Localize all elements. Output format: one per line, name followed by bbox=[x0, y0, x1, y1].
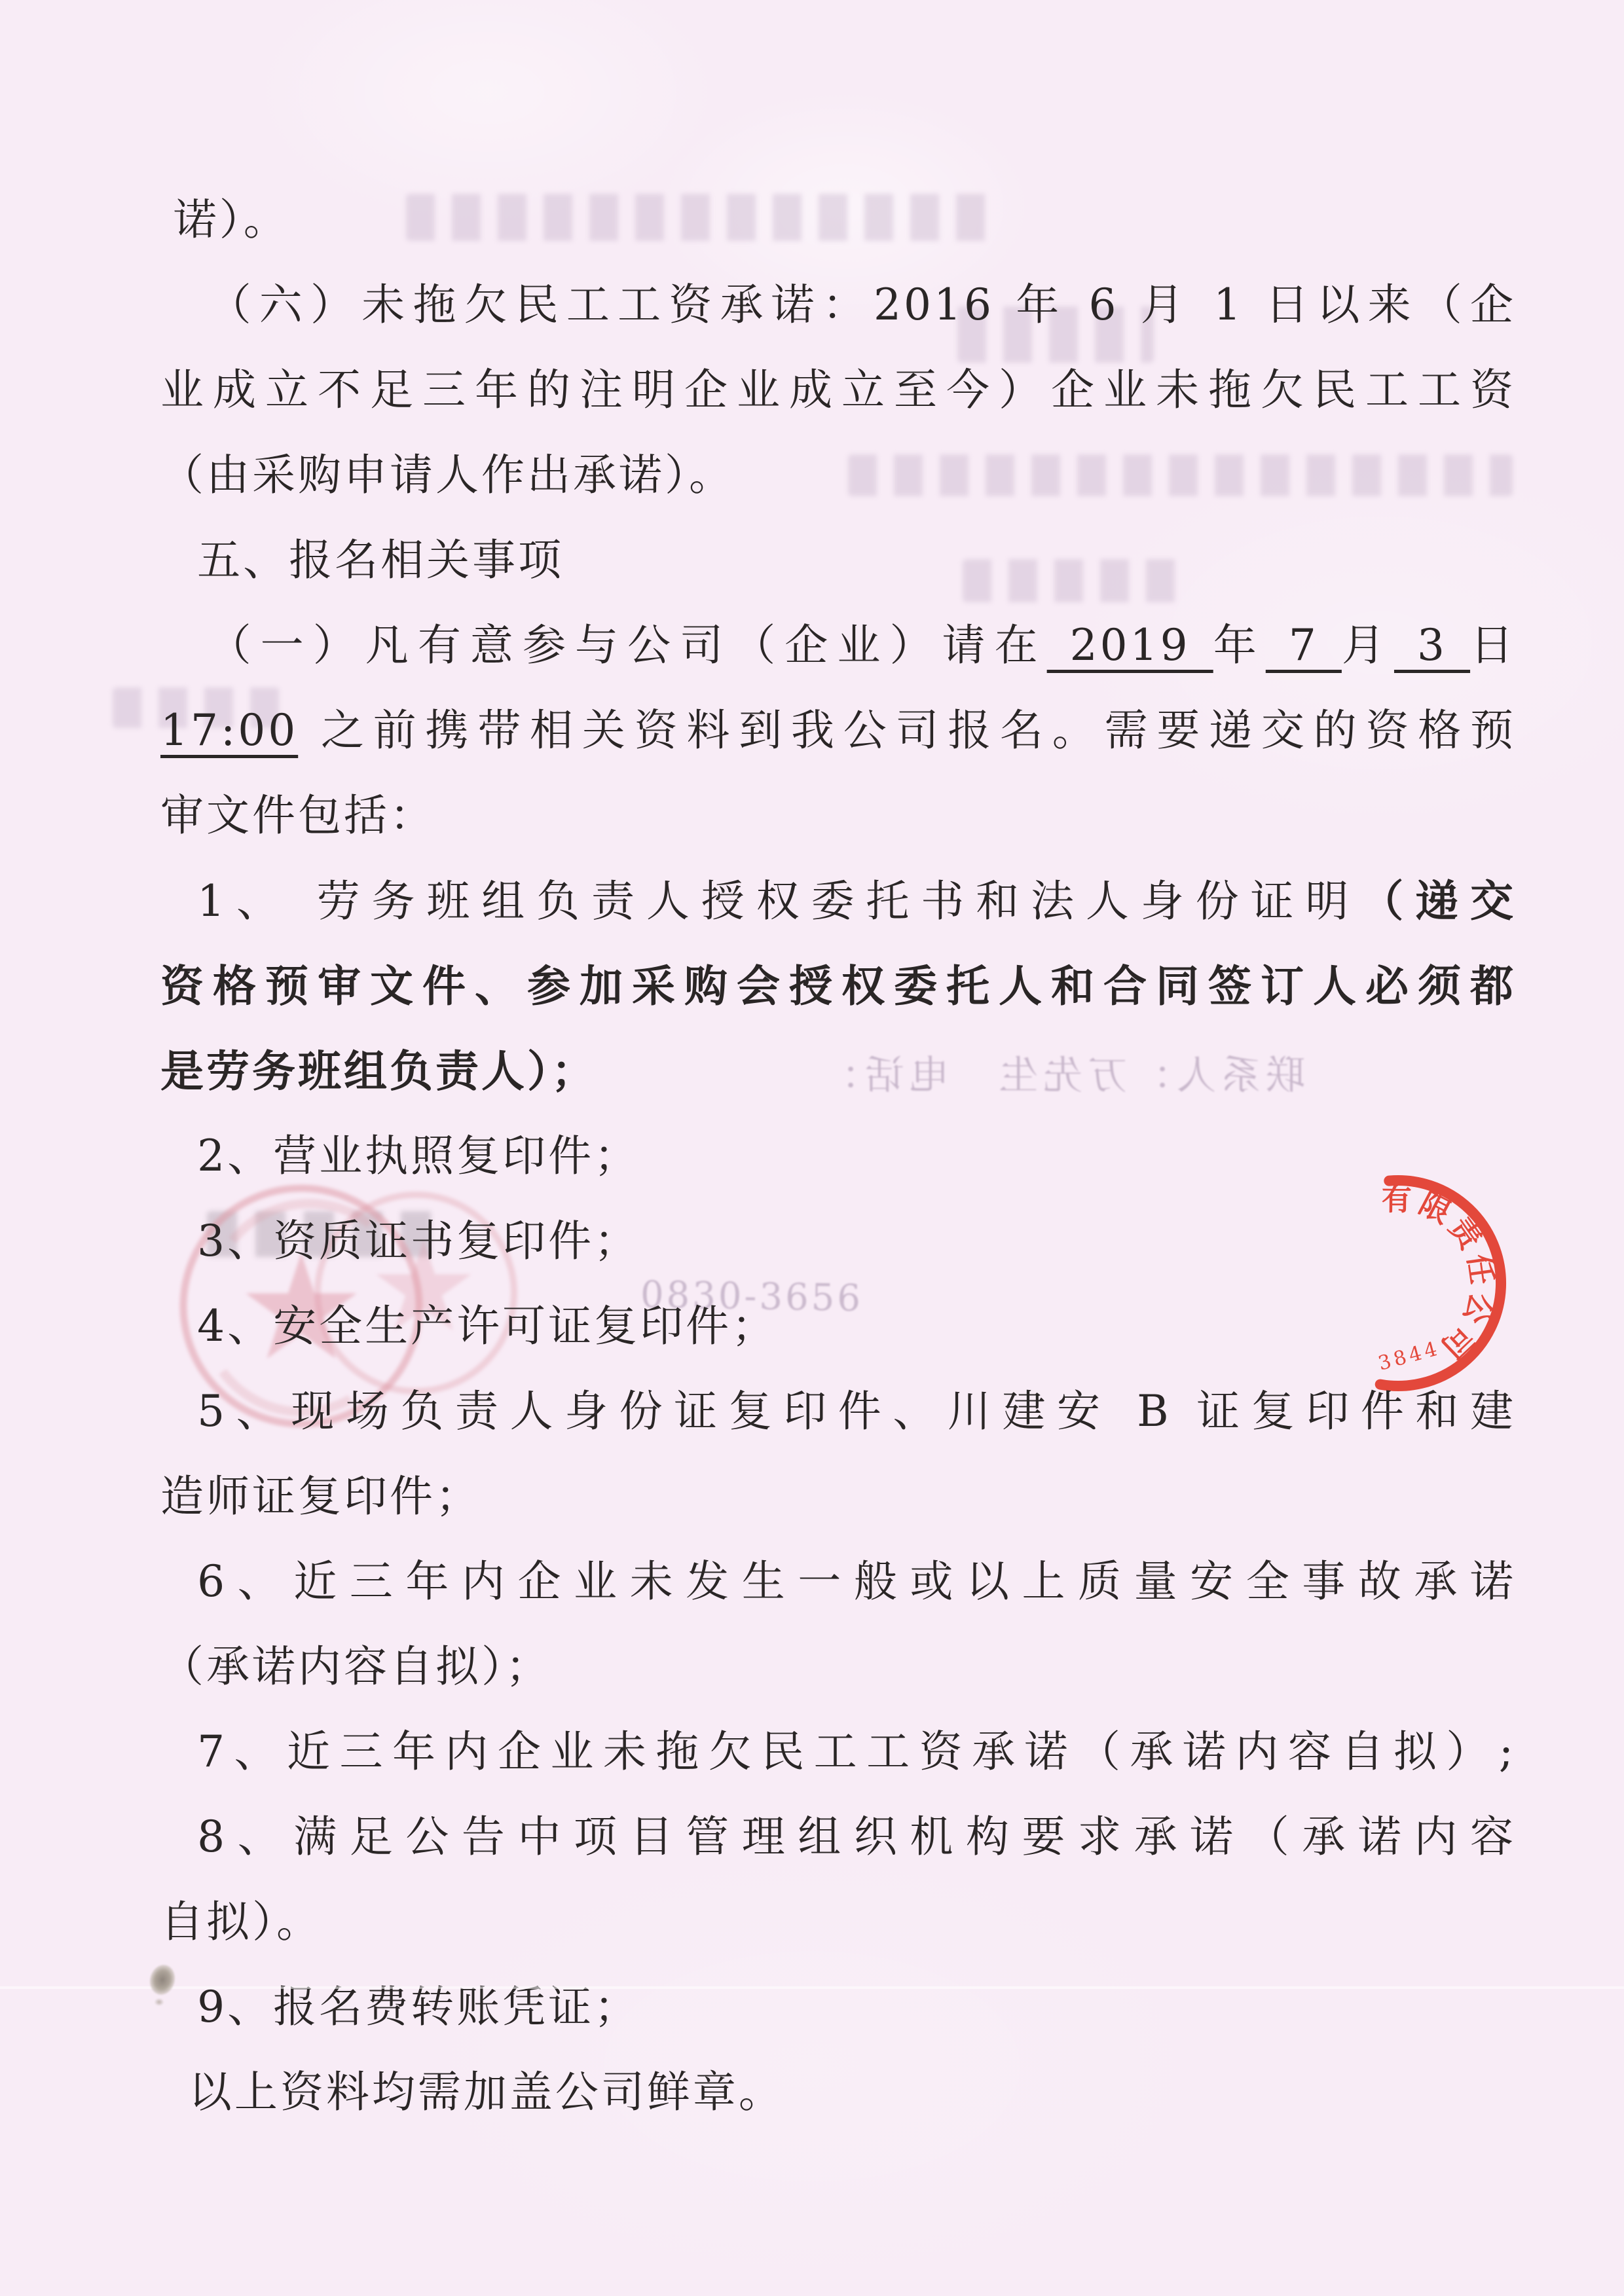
text-run: 1、 劳务班组负责人授权委托书和法人身份证明 bbox=[197, 876, 1360, 926]
doc-line: 资格预审文件、参加采购会授权委托人和合同签订人必须都 bbox=[160, 943, 1516, 1029]
doc-line: （承诺内容自拟）； bbox=[160, 1624, 1516, 1709]
text-run: 以上资料均需加盖公司鲜章。 bbox=[189, 2067, 784, 2117]
doc-line: 7、近三年内企业未拖欠民工工资承诺（承诺内容自拟）; bbox=[160, 1709, 1516, 1795]
text-run: （六）未拖欠民工工资承诺：2016 年 6 月 1 日以来（企 bbox=[208, 280, 1516, 330]
text-run: 业成立不足三年的注明企业成立至今）企业未拖欠民工工资 bbox=[160, 365, 1516, 415]
text-run: 年 bbox=[1213, 620, 1266, 670]
text-run: （一）凡有意参与公司（企业）请在 bbox=[208, 620, 1047, 670]
text-run: （由采购申请人作出承诺）。 bbox=[160, 450, 735, 500]
text-run: 9、报名费转账凭证； bbox=[197, 1982, 640, 2032]
text-run: 造师证复印件； bbox=[160, 1471, 481, 1522]
doc-line: 4、安全生产许可证复印件； bbox=[160, 1284, 1516, 1369]
text-run: 日 bbox=[1470, 620, 1516, 670]
text-run: 5、现场负责人身份证复印件、川建安 B 证复印件和建 bbox=[197, 1386, 1516, 1436]
scanned-document-page: 联系人：万先生 电话： 0830-3656 有限责任公司 3844 诺）。（六）… bbox=[0, 0, 1624, 2296]
text-run: 3、资质证书复印件； bbox=[197, 1216, 640, 1266]
doc-line: （由采购申请人作出承诺）。 bbox=[160, 433, 1516, 518]
doc-line: 3、资质证书复印件； bbox=[160, 1199, 1516, 1284]
scan-line-artifact bbox=[0, 1986, 1624, 1989]
text-run: 五、报名相关事项 bbox=[197, 535, 564, 585]
doc-line: 自拟）。 bbox=[160, 1880, 1516, 1965]
doc-line: 是劳务班组负责人）； bbox=[160, 1029, 1516, 1114]
text-run: 审文件包括： bbox=[160, 790, 435, 841]
bold-text: 资格预审文件、参加采购会授权委托人和合同签订人必须都 bbox=[160, 960, 1516, 1011]
ink-stain-small bbox=[153, 1997, 166, 2007]
doc-line: 9、报名费转账凭证； bbox=[160, 1965, 1516, 2050]
underlined-text: 17:00 bbox=[160, 705, 298, 756]
doc-line: 五、报名相关事项 bbox=[160, 518, 1516, 603]
doc-line: 2、营业执照复印件； bbox=[160, 1114, 1516, 1199]
bold-text: （递交 bbox=[1360, 875, 1516, 926]
text-run: 之前携带相关资料到我公司报名。需要递交的资格预 bbox=[298, 705, 1516, 756]
underlined-text: 2019 bbox=[1047, 620, 1213, 670]
doc-line: 审文件包括： bbox=[160, 773, 1516, 858]
doc-line: （一）凡有意参与公司（企业）请在 2019 年 7 月 3 日 bbox=[160, 603, 1516, 688]
doc-line: （六）未拖欠民工工资承诺：2016 年 6 月 1 日以来（企 bbox=[160, 263, 1516, 348]
doc-line: 诺）。 bbox=[160, 177, 1516, 263]
doc-line: 17:00 之前携带相关资料到我公司报名。需要递交的资格预 bbox=[160, 688, 1516, 773]
doc-line: 8、满足公告中项目管理组织机构要求承诺（承诺内容 bbox=[160, 1795, 1516, 1880]
underlined-text: 3 bbox=[1394, 620, 1470, 670]
text-run: 8、满足公告中项目管理组织机构要求承诺（承诺内容 bbox=[197, 1812, 1516, 1862]
text-run: 7、近三年内企业未拖欠民工工资承诺（承诺内容自拟）; bbox=[197, 1726, 1516, 1777]
text-run: 月 bbox=[1342, 620, 1394, 670]
doc-line: 1、 劳务班组负责人授权委托书和法人身份证明（递交 bbox=[160, 858, 1516, 943]
document-text: 诺）。（六）未拖欠民工工资承诺：2016 年 6 月 1 日以来（企业成立不足三… bbox=[160, 177, 1516, 2135]
text-run: 2、营业执照复印件； bbox=[197, 1131, 640, 1181]
doc-line: 业成立不足三年的注明企业成立至今）企业未拖欠民工工资 bbox=[160, 348, 1516, 433]
underlined-text: 7 bbox=[1266, 620, 1342, 670]
doc-line: 6、近三年内企业未发生一般或以上质量安全事故承诺 bbox=[160, 1539, 1516, 1624]
doc-line: 造师证复印件； bbox=[160, 1454, 1516, 1539]
text-run: 4、安全生产许可证复印件； bbox=[197, 1301, 777, 1351]
doc-line: 以上资料均需加盖公司鲜章。 bbox=[160, 2050, 1516, 2135]
text-run: 6、近三年内企业未发生一般或以上质量安全事故承诺 bbox=[197, 1556, 1516, 1607]
text-run: 诺）。 bbox=[174, 194, 289, 245]
text-run: （承诺内容自拟）； bbox=[160, 1641, 551, 1692]
text-run: 自拟）。 bbox=[160, 1897, 322, 1947]
doc-line: 5、现场负责人身份证复印件、川建安 B 证复印件和建 bbox=[160, 1369, 1516, 1454]
bold-text: 是劳务班组负责人）； bbox=[160, 1046, 597, 1097]
